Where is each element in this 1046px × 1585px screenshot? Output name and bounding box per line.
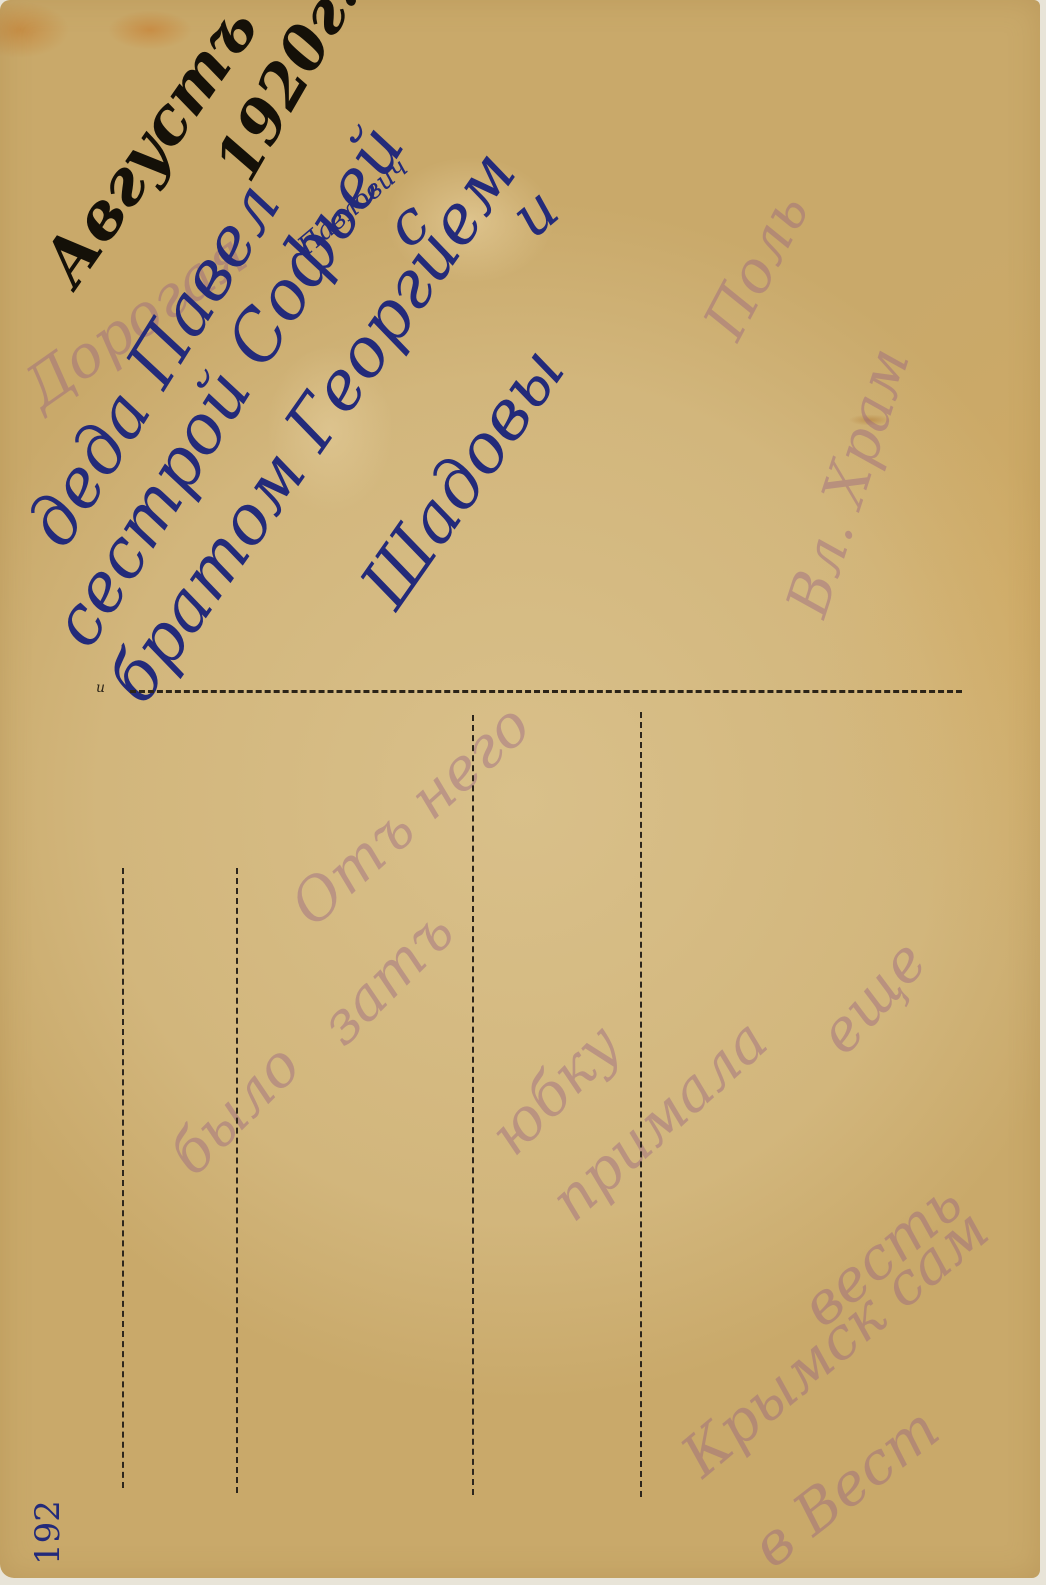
faint-letter-fragment: Отъ него — [277, 690, 543, 939]
archive-number: 192 — [28, 1500, 68, 1565]
faint-letter-fragment: Поль — [690, 182, 822, 350]
postcard-back: Дорогая Поль Отъ него было затъ юбку при… — [0, 0, 1040, 1578]
address-column-line — [640, 712, 642, 1497]
stamp-column-line — [122, 868, 124, 1488]
stamp-column-line — [236, 868, 238, 1493]
faint-letter-fragment: еще — [805, 927, 940, 1067]
faint-letter-fragment: Вл. Храм — [773, 340, 923, 625]
address-column-line — [472, 715, 474, 1495]
faint-letter-fragment: было — [156, 1031, 313, 1188]
horizontal-divider-line — [130, 690, 962, 693]
faint-letter-fragment: Крымск сам — [668, 1195, 1001, 1490]
divider-mark: и — [96, 680, 105, 696]
